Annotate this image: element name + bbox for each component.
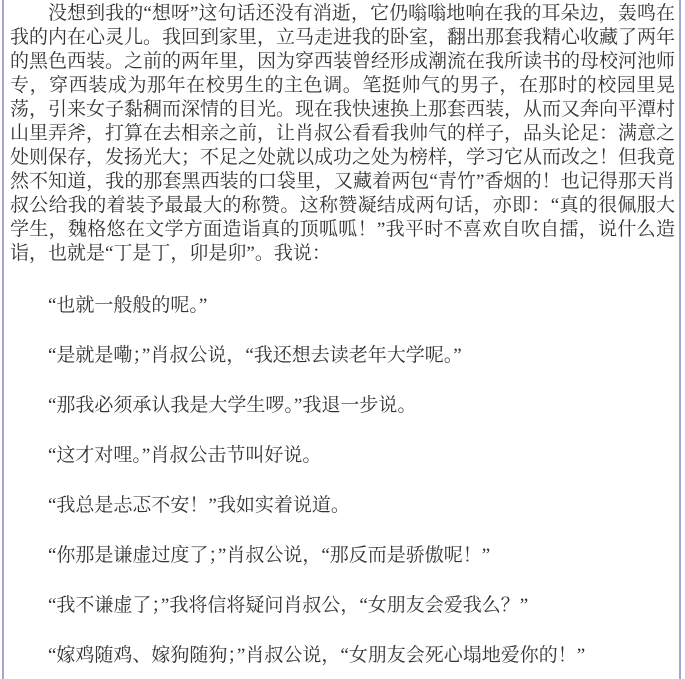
narrative-paragraph: 没想到我的“想呀”这句话还没有消逝，它仍嗡嗡地响在我的耳朵边，轰鸣在我的内在心灵… — [10, 2, 675, 266]
dialogue-line-1: “也就一般般的呢。” — [10, 294, 675, 318]
dialogue-line-7: “我不谦虚了；”我将信将疑问肖叔公，“女朋友会爱我么？” — [10, 594, 675, 618]
dialogue-line-3: “那我必须承认我是大学生啰。”我退一步说。 — [10, 394, 675, 418]
dialogue-line-5: “我总是忐忑不安！”我如实着说道。 — [10, 494, 675, 518]
dialogue-line-4: “这才对哩。”肖叔公击节叫好说。 — [10, 444, 675, 468]
dialogue-line-2: “是就是嘞；”肖叔公说，“我还想去读老年大学呢。” — [10, 344, 675, 368]
document-page: 没想到我的“想呀”这句话还没有消逝，它仍嗡嗡地响在我的耳朵边，轰鸣在我的内在心灵… — [2, 0, 681, 679]
story-text: 没想到我的“想呀”这句话还没有消逝，它仍嗡嗡地响在我的耳朵边，轰鸣在我的内在心灵… — [10, 2, 675, 668]
dialogue-line-8: “嫁鸡随鸡、嫁狗随狗；”肖叔公说，“女朋友会死心塌地爱你的！” — [10, 644, 675, 668]
dialogue-line-6: “你那是谦虚过度了；”肖叔公说，“那反而是骄傲呢！” — [10, 544, 675, 568]
